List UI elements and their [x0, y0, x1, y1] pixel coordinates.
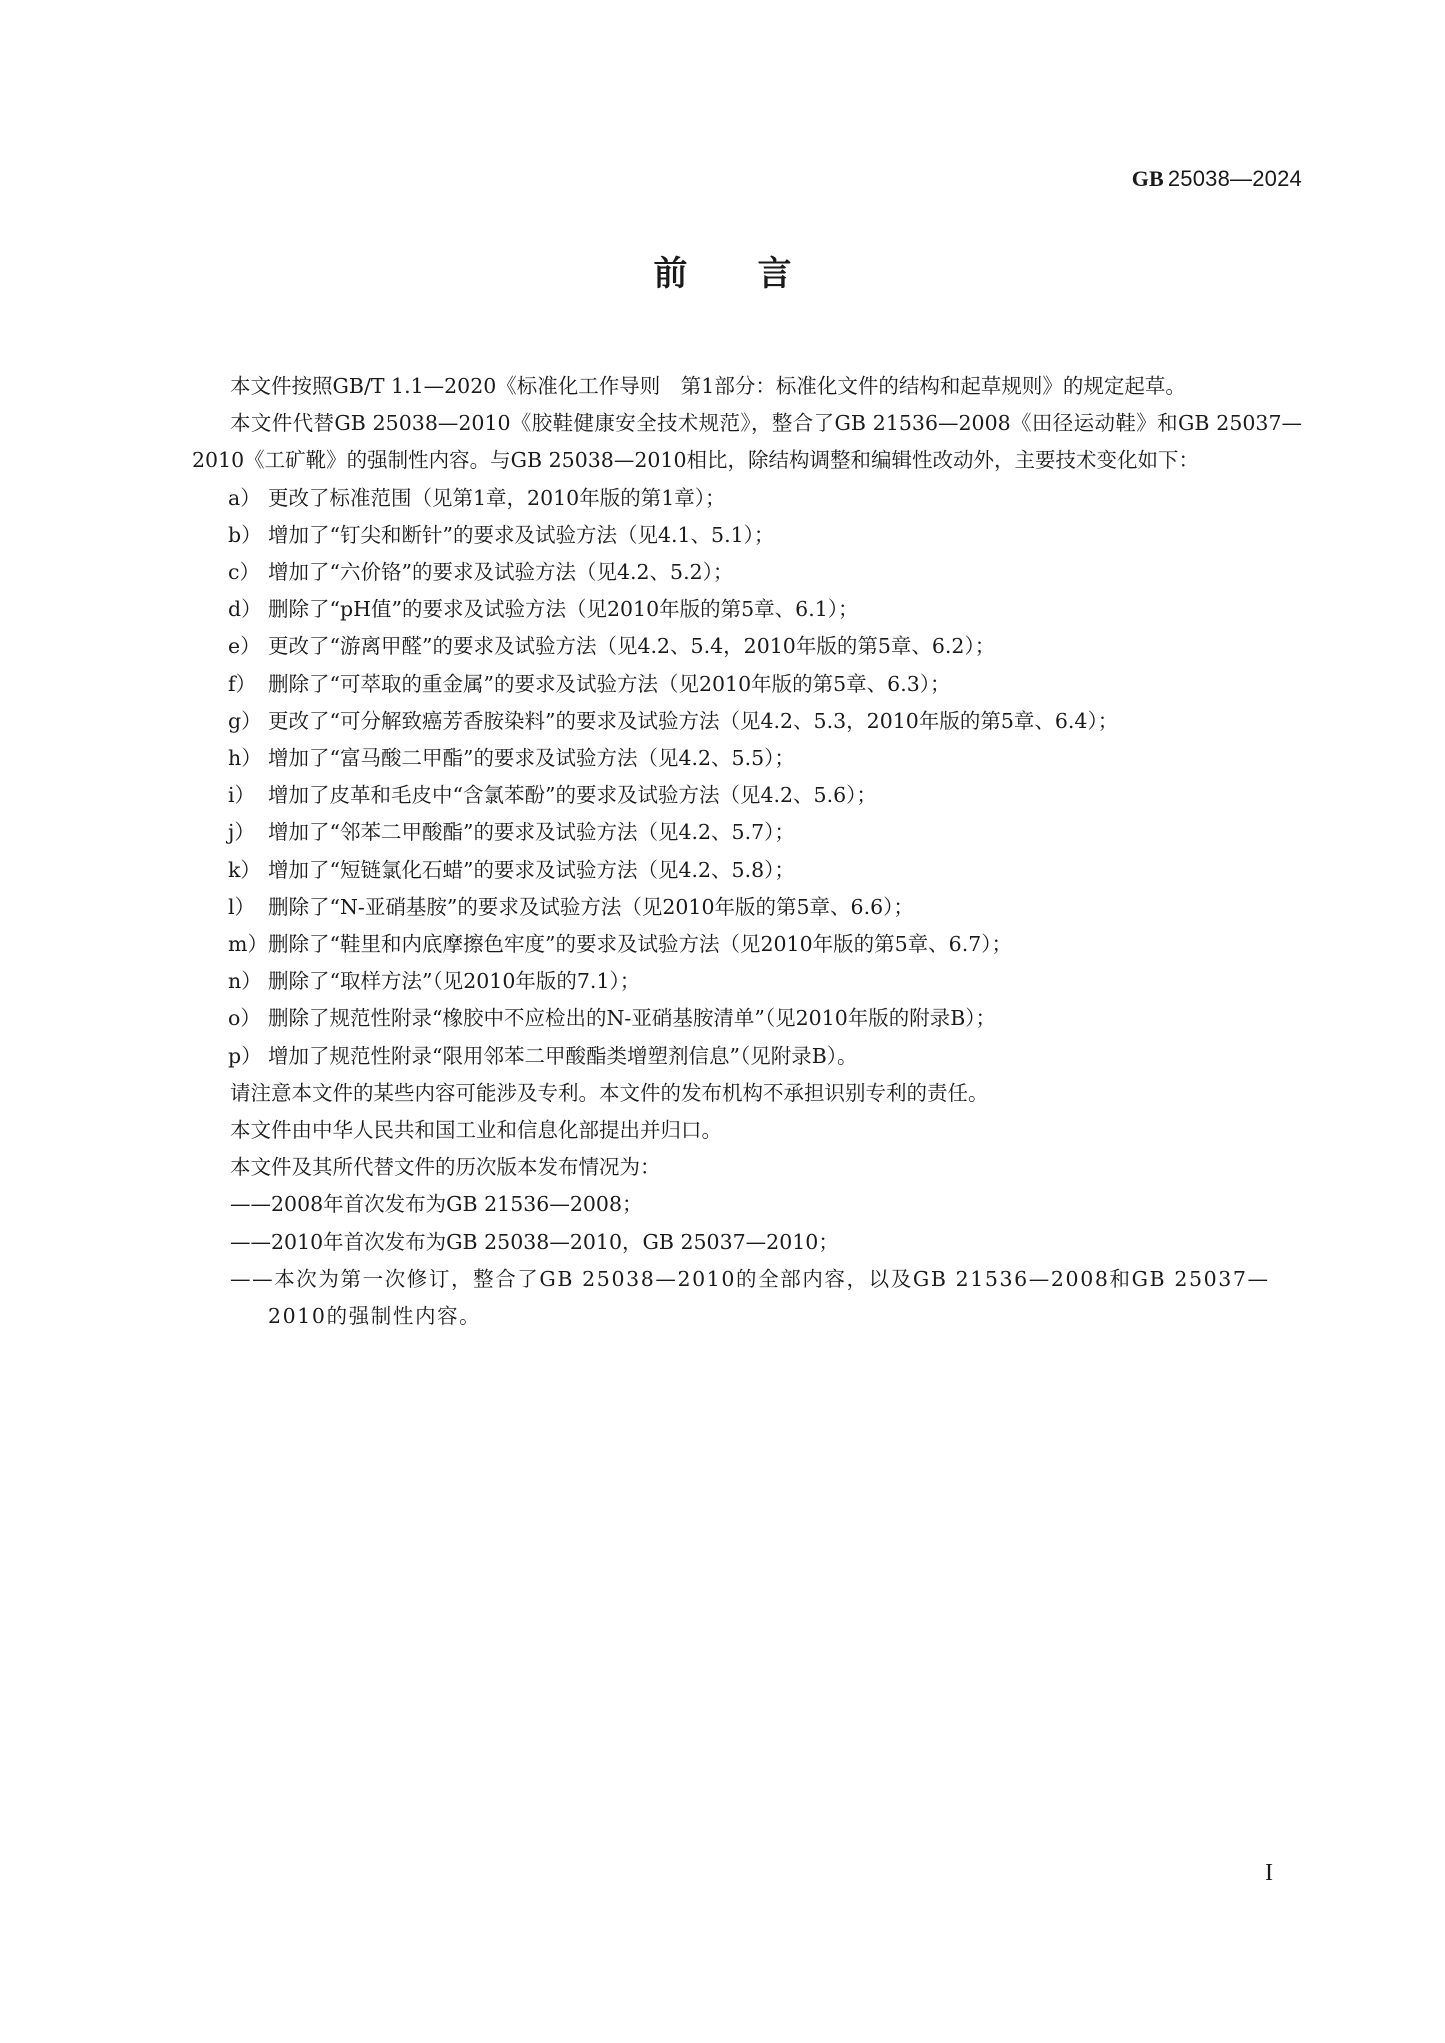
- standard-prefix: GB: [1132, 166, 1164, 191]
- standard-code: GB25038—2024: [1132, 166, 1302, 192]
- list-marker: f）: [228, 666, 268, 703]
- list-marker: a）: [228, 480, 268, 517]
- page-title: 前言: [0, 246, 1445, 295]
- list-marker: c）: [228, 554, 268, 591]
- version-history-list: ——2008年首次发布为GB 21536—2008； ——2010年首次发布为G…: [192, 1186, 1302, 1335]
- list-item: l）删除了“N-亚硝基胺”的要求及试验方法（见2010年版的第5章、6.6）；: [192, 889, 1302, 926]
- list-marker: m）: [228, 926, 268, 963]
- changes-list: a）更改了标准范围（见第1章，2010年版的第1章）； b）增加了“钉尖和断针”…: [192, 480, 1302, 1075]
- list-item: c）增加了“六价铬”的要求及试验方法（见4.2、5.2）；: [192, 554, 1302, 591]
- paragraph-replacement: 本文件代替GB 25038—2010《胶鞋健康安全技术规范》，整合了GB 215…: [192, 405, 1302, 479]
- list-item: e）更改了“游离甲醛”的要求及试验方法（见4.2、5.4，2010年版的第5章、…: [192, 628, 1302, 665]
- list-item: i）增加了皮革和毛皮中“含氯苯酚”的要求及试验方法（见4.2、5.6）；: [192, 777, 1302, 814]
- list-item: h）增加了“富马酸二甲酯”的要求及试验方法（见4.2、5.5）；: [192, 740, 1302, 777]
- list-marker: e）: [228, 628, 268, 665]
- list-item: d）删除了“pH值”的要求及试验方法（见2010年版的第5章、6.1）；: [192, 591, 1302, 628]
- list-marker: h）: [228, 740, 268, 777]
- list-marker: d）: [228, 591, 268, 628]
- list-marker: i）: [228, 777, 268, 814]
- list-item: p）增加了规范性附录“限用邻苯二甲酸酯类增塑剂信息”（见附录B）。: [192, 1038, 1302, 1075]
- page-number: I: [1265, 1860, 1273, 1887]
- list-marker: k）: [228, 852, 268, 889]
- foreword-body: 本文件按照GB/T 1.1—2020《标准化工作导则 第1部分：标准化文件的结构…: [192, 368, 1302, 1335]
- list-marker: p）: [228, 1038, 268, 1075]
- paragraph-proposer: 本文件由中华人民共和国工业和信息化部提出并归口。: [192, 1112, 1302, 1149]
- list-item: n）删除了“取样方法”（见2010年版的7.1）；: [192, 963, 1302, 1000]
- history-item: ——2008年首次发布为GB 21536—2008；: [192, 1186, 1302, 1223]
- list-item: m）删除了“鞋里和内底摩擦色牢度”的要求及试验方法（见2010年版的第5章、6.…: [192, 926, 1302, 963]
- history-item: ——2010年首次发布为GB 25038—2010，GB 25037—2010；: [192, 1224, 1302, 1261]
- list-marker: j）: [228, 814, 268, 851]
- list-marker: g）: [228, 703, 268, 740]
- list-item: g）更改了“可分解致癌芳香胺染料”的要求及试验方法（见4.2、5.3，2010年…: [192, 703, 1302, 740]
- list-item: k）增加了“短链氯化石蜡”的要求及试验方法（见4.2、5.8）；: [192, 852, 1302, 889]
- history-item: ——本次为第一次修订，整合了GB 25038—2010的全部内容，以及GB 21…: [192, 1261, 1302, 1335]
- list-marker: l）: [228, 889, 268, 926]
- list-marker: n）: [228, 963, 268, 1000]
- paragraph-patent-notice: 请注意本文件的某些内容可能涉及专利。本文件的发布机构不承担识别专利的责任。: [192, 1075, 1302, 1112]
- list-item: j）增加了“邻苯二甲酸酯”的要求及试验方法（见4.2、5.7）；: [192, 814, 1302, 851]
- paragraph-drafting-rule: 本文件按照GB/T 1.1—2020《标准化工作导则 第1部分：标准化文件的结构…: [192, 368, 1302, 405]
- list-item: b）增加了“钉尖和断针”的要求及试验方法（见4.1、5.1）；: [192, 517, 1302, 554]
- list-marker: o）: [228, 1000, 268, 1037]
- paragraph-history-intro: 本文件及其所代替文件的历次版本发布情况为：: [192, 1149, 1302, 1186]
- list-item: a）更改了标准范围（见第1章，2010年版的第1章）；: [192, 480, 1302, 517]
- list-item: o）删除了规范性附录“橡胶中不应检出的N-亚硝基胺清单”（见2010年版的附录B…: [192, 1000, 1302, 1037]
- standard-number: 25038—2024: [1168, 166, 1302, 191]
- list-marker: b）: [228, 517, 268, 554]
- list-item: f）删除了“可萃取的重金属”的要求及试验方法（见2010年版的第5章、6.3）；: [192, 666, 1302, 703]
